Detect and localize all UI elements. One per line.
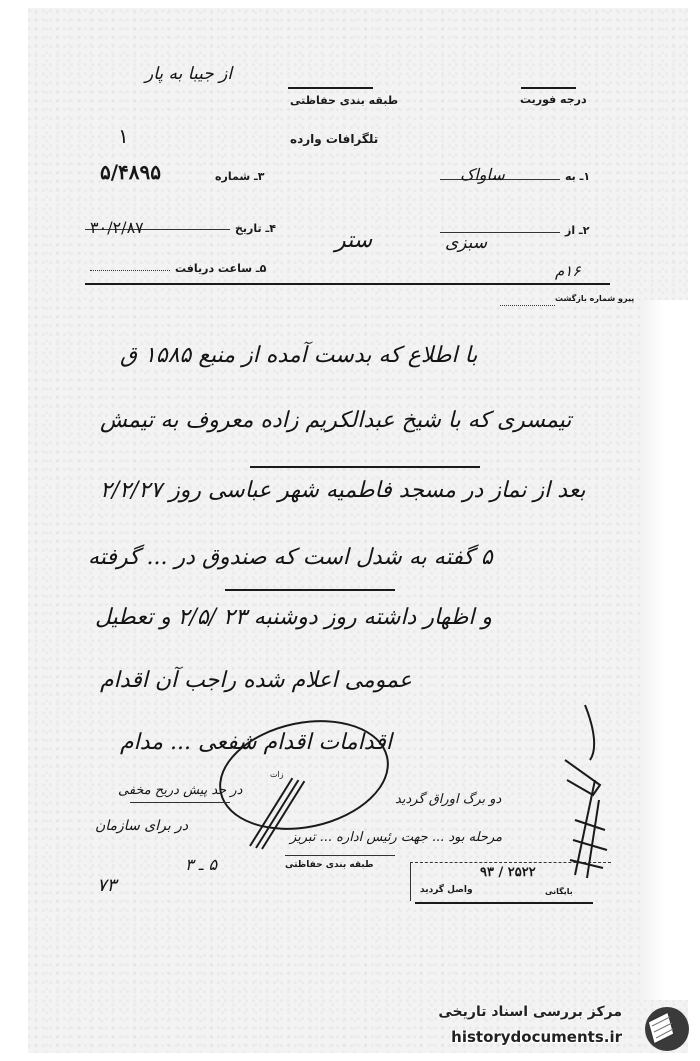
bottom-classification-label: طبقه بندی حفاظتی [285,860,373,870]
receipt-box-bottom [415,902,593,904]
priority-line [521,87,576,89]
document-logo-icon [640,1004,690,1054]
body-line: با اطلاع که بدست آمده از منبع ۱۵۸۵ ق [120,343,477,368]
body-line: و اظهار داشته روز دوشنبه ۲۳ /۲/۵ و تعطیل [95,605,492,630]
classification-label: طبقه بندی حفاظتی [290,94,398,107]
watermark-persian: مرکز بررسی اسناد تاریخی [438,1004,622,1020]
field-from-label: ۲ـ از [565,224,589,237]
annotation-mid-2: مرحله بود ... جهت رئیس اداره ... تبریز [290,830,502,845]
annotation-left-2: در برای سازمان [95,818,188,834]
receipt-number: ۲۵۲۲ / ۹۳ [480,865,536,880]
ref-number-dots [500,305,555,306]
annotation-mid-1: دو برگ اوراق گردید [395,792,501,807]
field-number-mark: ۱ [118,124,129,148]
body-line: عمومی اعلام شده راجب آن اقدام [100,668,412,693]
field-number-value: ۵/۴۸۹۵ [100,160,161,184]
code-mark: ۱۶م [555,262,580,280]
sender-signature: ستر [335,228,372,253]
classification-line [288,87,373,89]
field-number-label: ۳ـ شماره [215,170,264,183]
body-line: تیمسری که با شیخ عبدالکریم زاده معروف به… [100,408,571,433]
form-title: تلگرافات وارده [290,132,378,146]
receipt-suffix: بایگانی [545,887,573,896]
watermark: مرکز بررسی اسناد تاریخی historydocuments… [412,1002,700,1058]
bottom-left-mark: ۷۳ [97,875,116,896]
field-to-value: ساواک [460,165,505,184]
annotation-underline [130,802,230,803]
body-underline [250,466,480,468]
ref-number-label: پیرو شماره بازگشت [555,294,634,303]
field-date-value: ۳۰/۲/۸۷ [90,218,144,237]
body-underline [225,589,395,591]
body-line: ۵ گفته به شدل است که صندوق در ... گرفته [88,545,493,570]
body-line: بعد از نماز در مسجد فاطمیه شهر عباسی روز… [100,478,586,503]
bottom-numbers: ۵ ـ ۳ [185,855,217,874]
header-divider [85,283,610,285]
annotation-underline [285,855,395,856]
watermark-english: historydocuments.ir [451,1028,622,1046]
priority-label: درجه فوریت [520,93,587,106]
receipt-label: واصل گردید [420,885,473,895]
annotation-left-1: در حد پیش دریح مخفی [118,783,242,798]
field-from-value: سبزی [445,233,487,253]
field-date-label: ۴ـ تاریخ [235,222,276,235]
stamp-text: زات [270,770,284,779]
field-time-label: ۵ـ ساعت دریافت [175,262,266,275]
signature-scrawl [555,700,615,880]
paper-edge [640,300,700,1000]
handwritten-top-note: از جیبا به پار [145,64,232,84]
field-to-label: ۱ـ به [565,170,590,183]
document-page: درجه فوریت طبقه بندی حفاظتی از جیبا به پ… [0,0,700,1061]
field-time-dots [90,270,170,271]
